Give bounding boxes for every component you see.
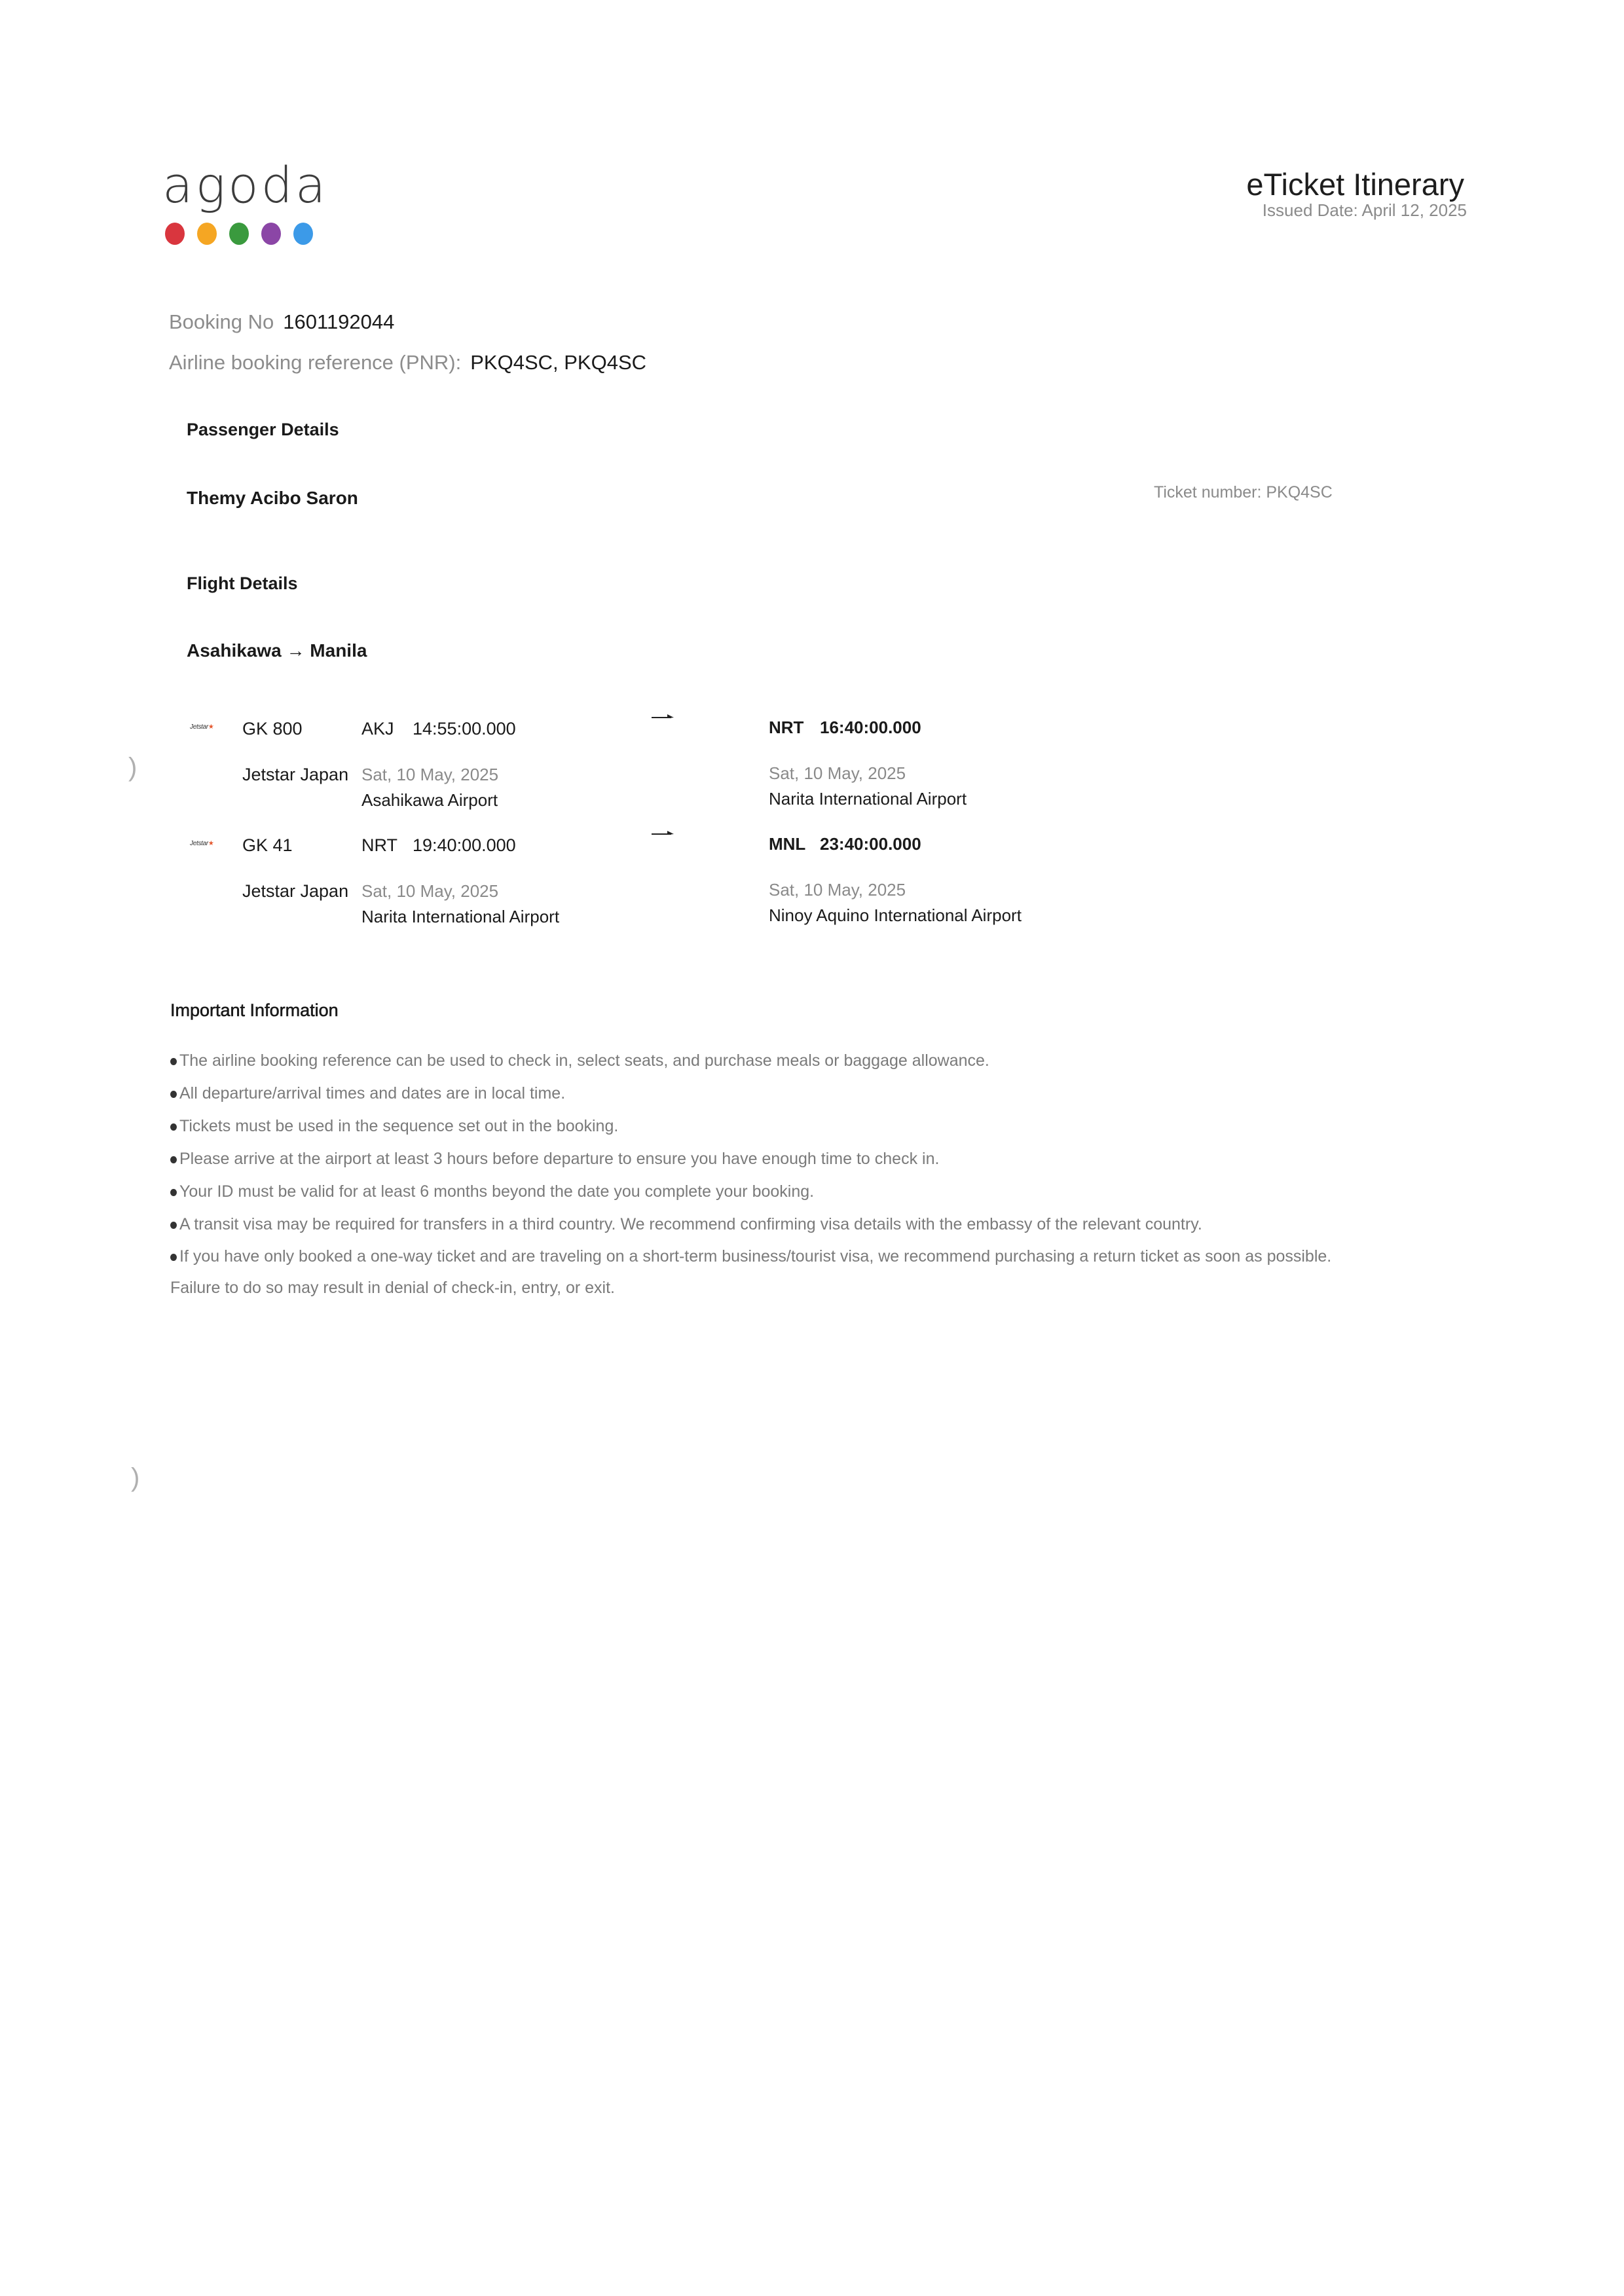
arrival-date: Sat, 10 May, 2025 (769, 763, 906, 784)
info-item: Your ID must be valid for at least 6 mon… (170, 1175, 1480, 1208)
departure-date: Sat, 10 May, 2025 (361, 881, 498, 902)
pnr-row: Airline booking reference (PNR):PKQ4SC, … (169, 352, 646, 373)
arrival-code: NRT (769, 718, 803, 738)
arrival-airport: Ninoy Aquino International Airport (769, 905, 1022, 926)
plane-arrow-icon (652, 711, 675, 720)
info-item: A transit visa may be required for trans… (170, 1208, 1480, 1241)
info-item: Tickets must be used in the sequence set… (170, 1110, 1480, 1142)
carrier-name: Jetstar Japan (242, 765, 348, 785)
arrival-time: 23:40:00.000 (820, 834, 921, 854)
passenger-name: Themy Acibo Saron (187, 489, 358, 507)
scan-mark: ) (131, 1463, 139, 1493)
logo-dot-red (165, 223, 185, 245)
flight-segment: Jetstar★ GK 41 Jetstar Japan NRT 19:40:0… (190, 824, 1434, 941)
info-item: All departure/arrival times and dates ar… (170, 1077, 1480, 1110)
agoda-logo-dots (165, 223, 313, 245)
plane-arrow-icon (652, 828, 675, 837)
arrival-date: Sat, 10 May, 2025 (769, 880, 906, 900)
departure-airport: Asahikawa Airport (361, 790, 498, 811)
important-info-heading: Important Information (170, 1002, 339, 1019)
scan-mark: ) (128, 753, 137, 782)
info-item: The airline booking reference can be use… (170, 1044, 1480, 1077)
carrier-name: Jetstar Japan (242, 881, 348, 902)
departure-code: NRT (361, 835, 397, 856)
flight-segment: Jetstar★ GK 800 Jetstar Japan AKJ 14:55:… (190, 707, 1434, 825)
pnr-value: PKQ4SC, PKQ4SC (470, 351, 646, 374)
booking-number-value: 1601192044 (283, 310, 394, 333)
logo-dot-green (229, 223, 249, 245)
info-item: If you have only booked a one-way ticket… (170, 1241, 1480, 1303)
agoda-logo: agoda (162, 160, 329, 210)
pnr-label: Airline booking reference (PNR): (169, 351, 461, 374)
logo-dot-blue (293, 223, 313, 245)
bullet-icon (170, 1222, 177, 1229)
booking-number-label: Booking No (169, 310, 274, 333)
issued-date: Issued Date: April 12, 2025 (1263, 202, 1467, 219)
flight-number: GK 800 (242, 719, 303, 739)
jetstar-logo-icon: Jetstar★ (190, 723, 214, 731)
ticket-number: Ticket number: PKQ4SC (1154, 483, 1333, 502)
departure-date: Sat, 10 May, 2025 (361, 765, 498, 785)
departure-time: 14:55:00.000 (413, 719, 516, 739)
passenger-details-heading: Passenger Details (187, 421, 339, 439)
logo-dot-purple (261, 223, 281, 245)
arrival-airport: Narita International Airport (769, 789, 967, 809)
info-item: Please arrive at the airport at least 3 … (170, 1142, 1480, 1175)
document-title: eTicket Itinerary (1246, 169, 1464, 200)
bullet-icon (170, 1156, 177, 1163)
flight-number: GK 41 (242, 835, 293, 856)
departure-airport: Narita International Airport (361, 907, 559, 927)
bullet-icon (170, 1091, 177, 1098)
departure-code: AKJ (361, 719, 394, 739)
arrival-code: MNL (769, 834, 805, 854)
bullet-icon (170, 1123, 177, 1131)
departure-time: 19:40:00.000 (413, 835, 516, 856)
jetstar-logo-icon: Jetstar★ (190, 840, 214, 847)
important-info-list: The airline booking reference can be use… (170, 1044, 1480, 1303)
flight-details-heading: Flight Details (187, 575, 298, 592)
bullet-icon (170, 1189, 177, 1196)
logo-dot-orange (197, 223, 217, 245)
bullet-icon (170, 1254, 177, 1261)
bullet-icon (170, 1058, 177, 1065)
route-title: Asahikawa → Manila (187, 642, 367, 660)
arrival-time: 16:40:00.000 (820, 718, 921, 738)
booking-number-row: Booking No1601192044 (169, 312, 394, 332)
